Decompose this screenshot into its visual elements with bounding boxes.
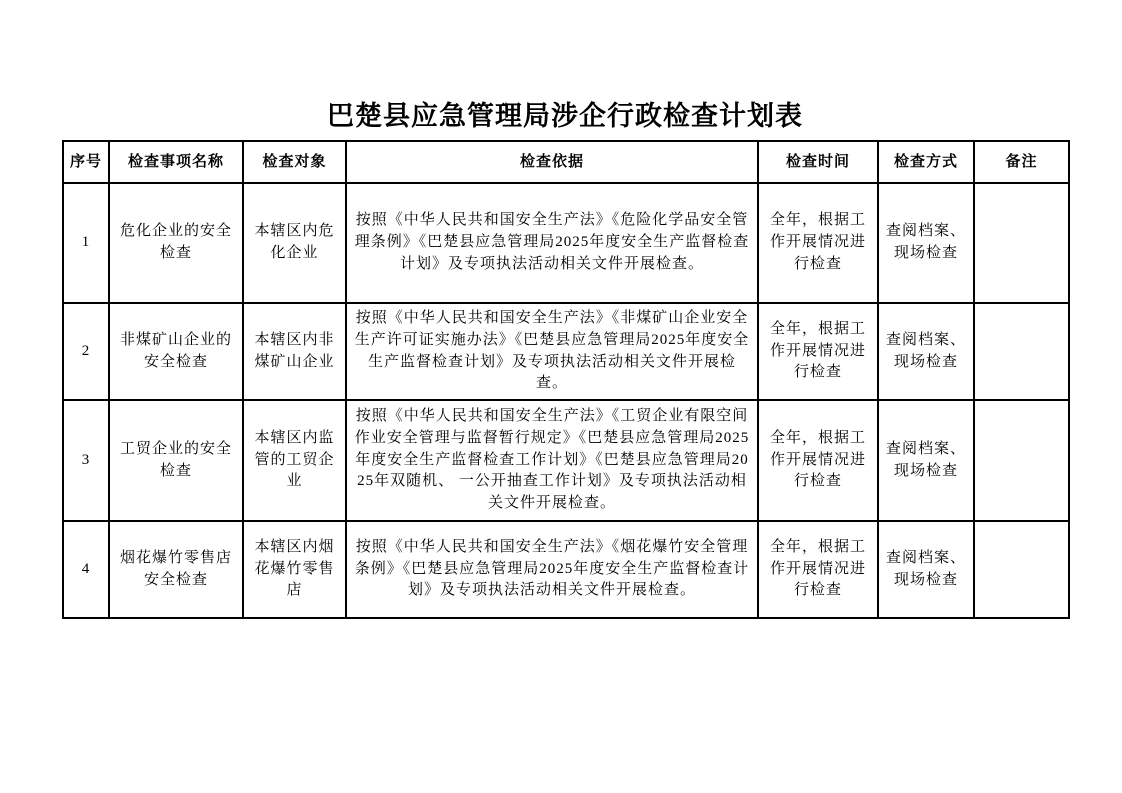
page-title: 巴楚县应急管理局涉企行政检查计划表	[62, 94, 1068, 133]
cell-method: 查阅档案、现场检查	[878, 303, 974, 400]
table-row: 4 烟花爆竹零售店安全检查 本辖区内烟花爆竹零售店 按照《中华人民共和国安全生产…	[63, 521, 1069, 618]
cell-remark	[974, 521, 1069, 618]
cell-target: 本辖区内监管的工贸企业	[243, 400, 346, 521]
cell-item-name: 烟花爆竹零售店安全检查	[109, 521, 243, 618]
column-header-item: 检查事项名称	[109, 141, 243, 183]
cell-basis: 按照《中华人民共和国安全生产法》《烟花爆竹安全管理条例》《巴楚县应急管理局202…	[346, 521, 758, 618]
cell-target: 本辖区内非煤矿山企业	[243, 303, 346, 400]
column-header-remark: 备注	[974, 141, 1069, 183]
cell-remark	[974, 183, 1069, 303]
cell-target: 本辖区内危化企业	[243, 183, 346, 303]
cell-time: 全年，根据工作开展情况进行检查	[758, 183, 878, 303]
cell-serial: 3	[63, 400, 109, 521]
cell-item-name: 危化企业的安全检查	[109, 183, 243, 303]
cell-time: 全年，根据工作开展情况进行检查	[758, 303, 878, 400]
column-header-method: 检查方式	[878, 141, 974, 183]
table-row: 2 非煤矿山企业的安全检查 本辖区内非煤矿山企业 按照《中华人民共和国安全生产法…	[63, 303, 1069, 400]
cell-method: 查阅档案、现场检查	[878, 521, 974, 618]
table-row: 1 危化企业的安全检查 本辖区内危化企业 按照《中华人民共和国安全生产法》《危险…	[63, 183, 1069, 303]
cell-basis: 按照《中华人民共和国安全生产法》《危险化学品安全管理条例》《巴楚县应急管理局20…	[346, 183, 758, 303]
cell-serial: 1	[63, 183, 109, 303]
cell-serial: 4	[63, 521, 109, 618]
cell-remark	[974, 400, 1069, 521]
column-header-time: 检查时间	[758, 141, 878, 183]
column-header-serial: 序号	[63, 141, 109, 183]
cell-time: 全年，根据工作开展情况进行检查	[758, 400, 878, 521]
cell-serial: 2	[63, 303, 109, 400]
cell-method: 查阅档案、现场检查	[878, 183, 974, 303]
document-page: 巴楚县应急管理局涉企行政检查计划表 序号 检查事项名称 检查对象 检查依据 检查…	[0, 0, 1122, 793]
cell-item-name: 非煤矿山企业的安全检查	[109, 303, 243, 400]
table-row: 3 工贸企业的安全检查 本辖区内监管的工贸企业 按照《中华人民共和国安全生产法》…	[63, 400, 1069, 521]
table-header-row: 序号 检查事项名称 检查对象 检查依据 检查时间 检查方式 备注	[63, 141, 1069, 183]
cell-time: 全年，根据工作开展情况进行检查	[758, 521, 878, 618]
cell-basis: 按照《中华人民共和国安全生产法》《非煤矿山企业安全生产许可证实施办法》《巴楚县应…	[346, 303, 758, 400]
cell-target: 本辖区内烟花爆竹零售店	[243, 521, 346, 618]
cell-basis: 按照《中华人民共和国安全生产法》《工贸企业有限空间作业安全管理与监督暂行规定》《…	[346, 400, 758, 521]
column-header-basis: 检查依据	[346, 141, 758, 183]
cell-item-name: 工贸企业的安全检查	[109, 400, 243, 521]
column-header-target: 检查对象	[243, 141, 346, 183]
inspection-plan-table: 序号 检查事项名称 检查对象 检查依据 检查时间 检查方式 备注 1 危化企业的…	[62, 140, 1070, 619]
cell-method: 查阅档案、现场检查	[878, 400, 974, 521]
cell-remark	[974, 303, 1069, 400]
